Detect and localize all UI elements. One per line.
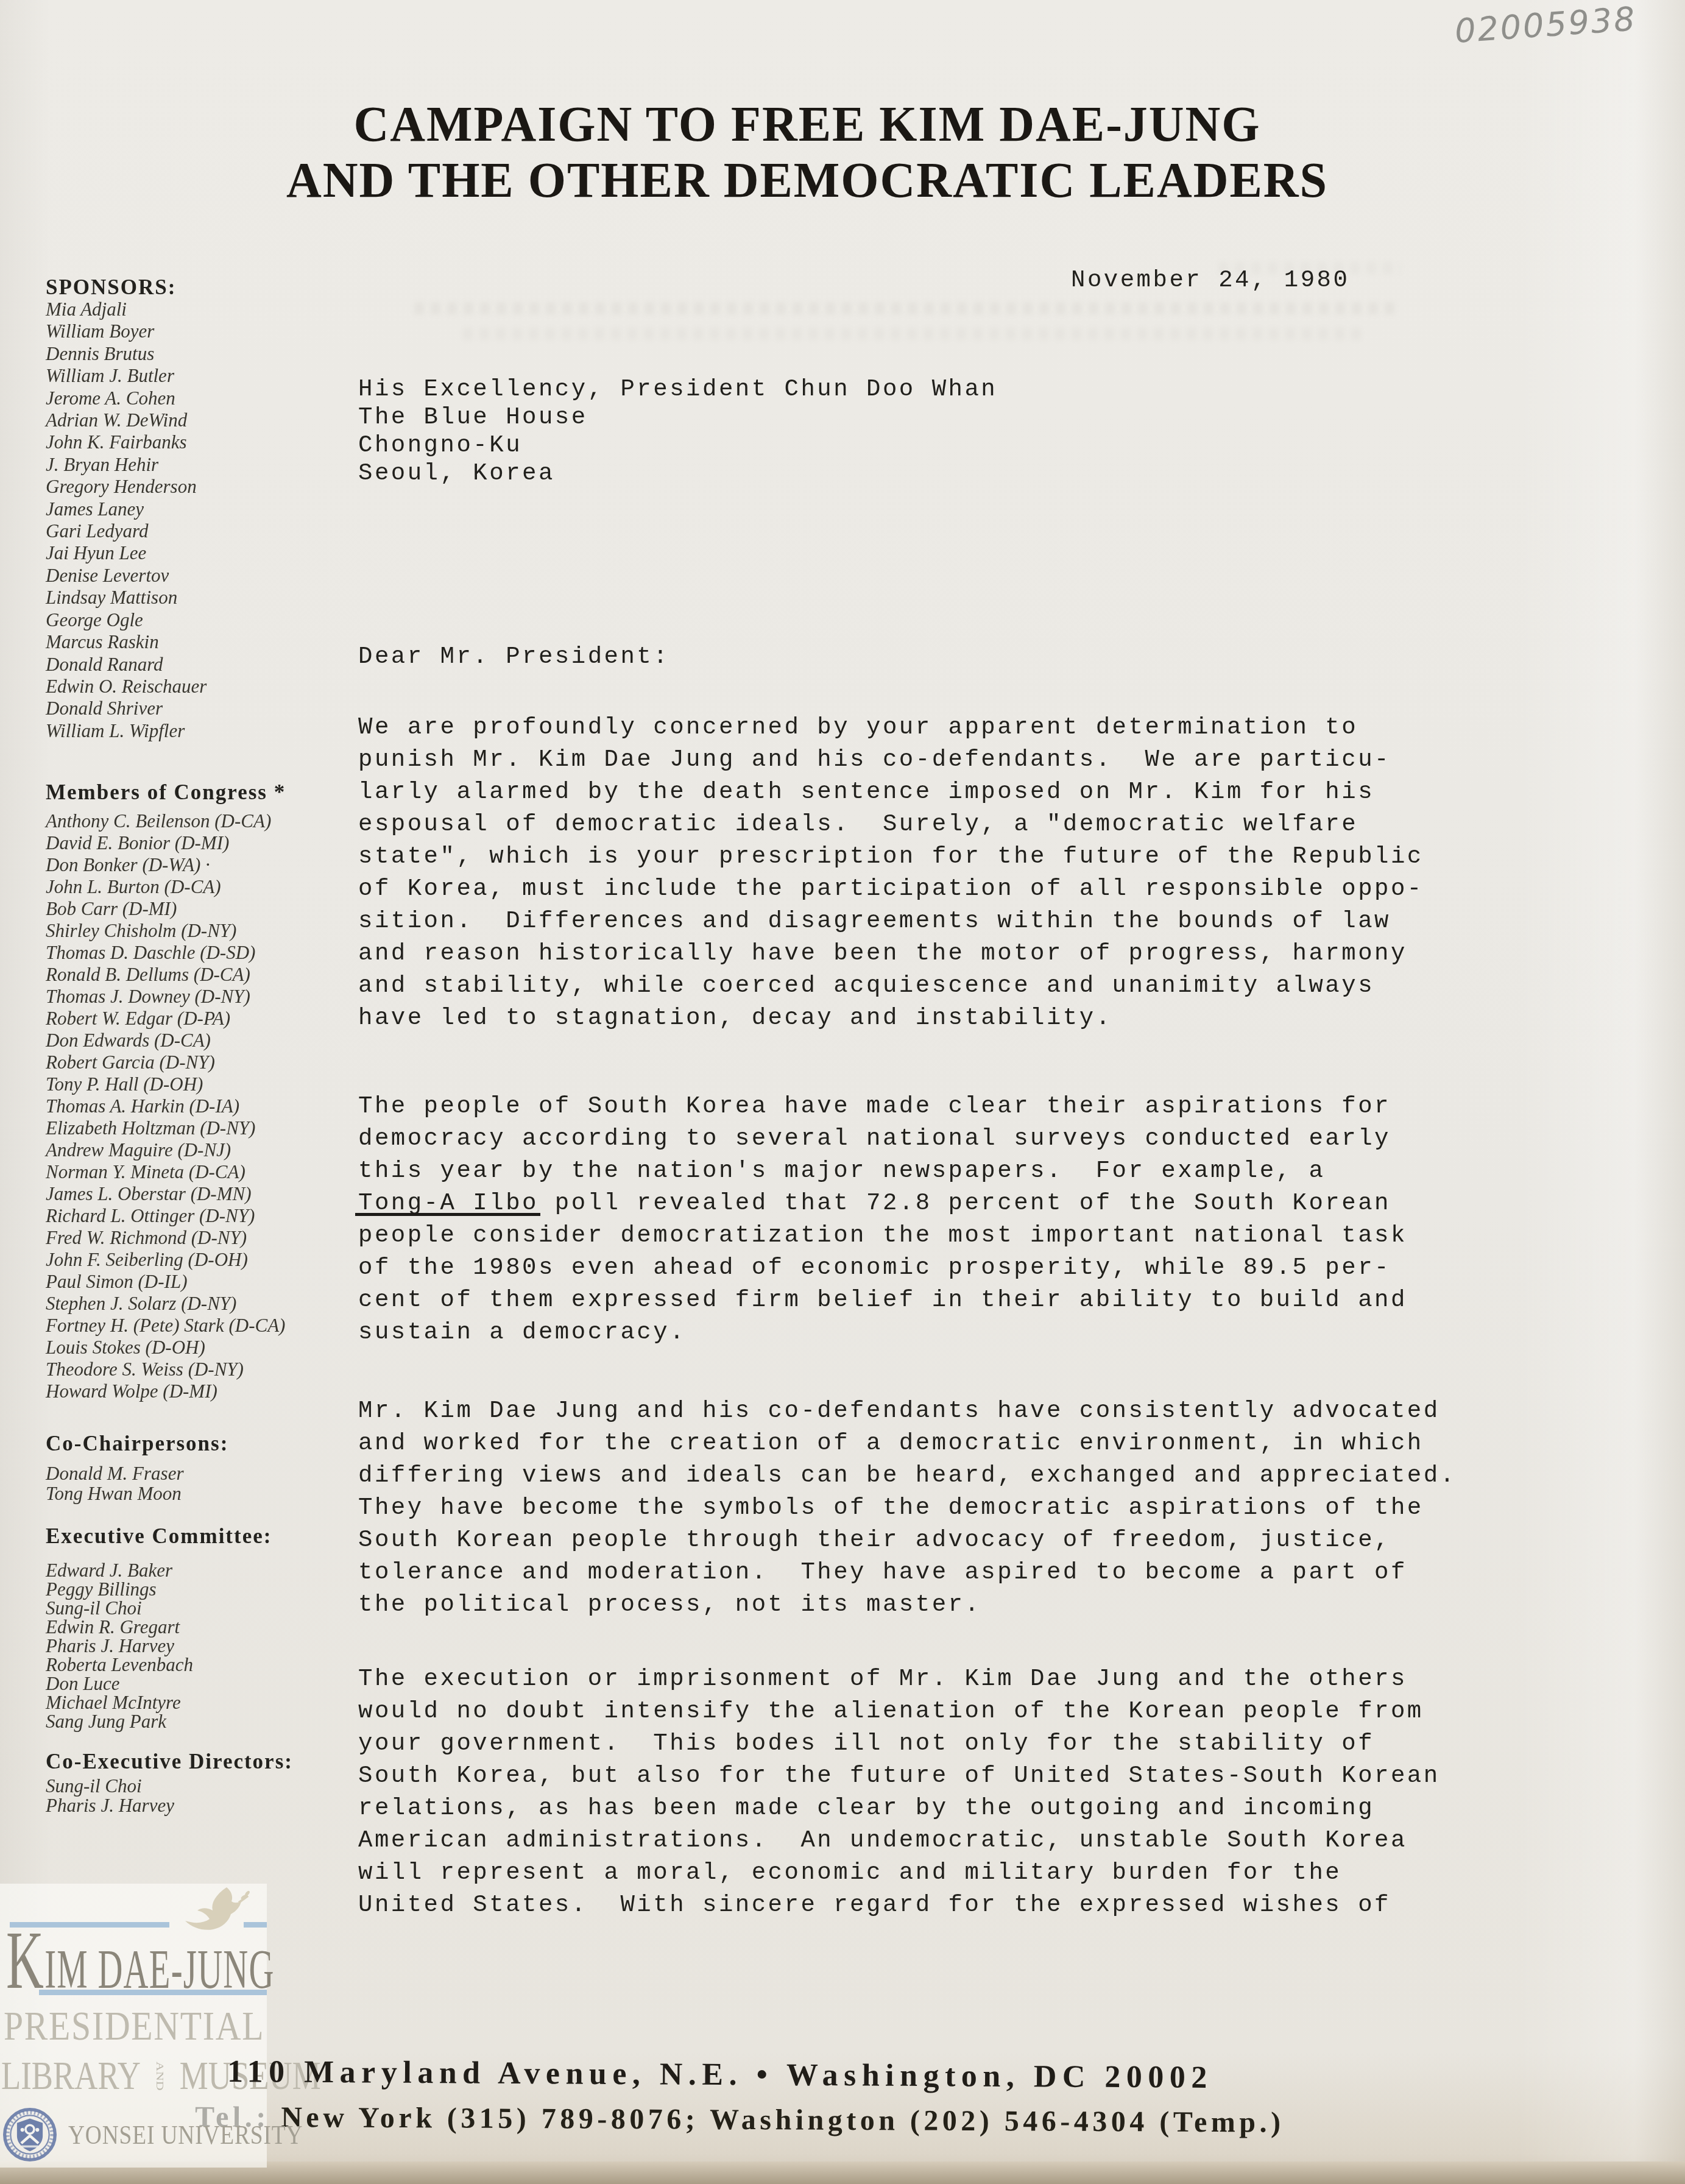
sponsor-name: Jai Hyun Lee	[46, 542, 350, 564]
typed-line: people consider democratization the most…	[358, 1220, 1407, 1252]
executive-committee-member: Sang Jung Park	[46, 1712, 350, 1731]
recipient-address-line: Seoul, Korea	[358, 459, 997, 487]
paragraph-2: The people of South Korea have made clea…	[358, 1090, 1407, 1349]
typed-line: relations, as has been made clear by the…	[358, 1792, 1440, 1825]
executive-committee-heading: Executive Committee:	[46, 1524, 350, 1549]
cochairpersons-list: Donald M. FraserTong Hwan Moon	[46, 1463, 350, 1504]
congress-member-name: Bob Carr (D-MI)	[46, 898, 350, 920]
dove-icon	[175, 1882, 250, 1942]
executive-committee-member: Edward J. Baker	[46, 1561, 350, 1580]
typed-line: and stability, while coerced acquiescenc…	[358, 970, 1424, 1002]
congress-member-name: Norman Y. Mineta (D-CA)	[46, 1161, 350, 1183]
typed-line: will represent a moral, economic and mil…	[358, 1857, 1440, 1889]
congress-member-name: Robert Garcia (D-NY)	[46, 1051, 350, 1073]
congress-member-name: James L. Oberstar (D-MN)	[46, 1183, 350, 1205]
congress-member-name: Paul Simon (D-IL)	[46, 1271, 350, 1293]
congress-member-name: Louis Stokes (D-OH)	[46, 1337, 350, 1359]
congress-member-name: Stephen J. Solarz (D-NY)	[46, 1293, 350, 1315]
sponsors-heading: SPONSORS:	[46, 275, 350, 300]
congress-member-name: Tony P. Hall (D-OH)	[46, 1073, 350, 1095]
watermark-library: LIBRARY	[1, 2054, 141, 2098]
typed-line: South Korea, but also for the future of …	[358, 1760, 1440, 1792]
tong-a-ilbo-underline	[355, 1213, 540, 1216]
co-executive-director-name: Pharis J. Harvey	[46, 1796, 350, 1815]
co-executive-director-name: Sung-il Choi	[46, 1776, 350, 1796]
paragraph-4: The execution or imprisonment of Mr. Kim…	[358, 1663, 1440, 1921]
sponsor-name: Mia Adjali	[46, 299, 350, 320]
typed-line: and worked for the creation of a democra…	[358, 1427, 1457, 1460]
typed-line: would no doubt intensify the alienation …	[358, 1695, 1440, 1728]
sponsor-name: Marcus Raskin	[46, 631, 350, 653]
congress-member-name: Thomas D. Daschle (D-SD)	[46, 942, 350, 964]
congress-member-name: David E. Bonior (D-MI)	[46, 832, 350, 854]
executive-committee-member: Pharis J. Harvey	[46, 1636, 350, 1655]
congress-member-name: John F. Seiberling (D-OH)	[46, 1249, 350, 1271]
typed-line: have led to stagnation, decay and instab…	[358, 1002, 1424, 1034]
co-executive-directors-heading: Co-Executive Directors:	[46, 1750, 350, 1774]
watermark-presidential: PRESIDENTIAL	[4, 2003, 264, 2048]
recipient-address-line: Chongno-Ku	[358, 431, 997, 459]
sponsor-name: George Ogle	[46, 609, 350, 631]
congress-member-name: Andrew Maguire (D-NJ)	[46, 1139, 350, 1161]
typed-line: United States. With sincere regard for t…	[358, 1889, 1440, 1921]
yonsei-university-seal-icon	[3, 2108, 57, 2161]
sponsor-name: Adrian W. DeWind	[46, 409, 350, 431]
letterhead: CAMPAIGN TO FREE KIM DAE-JUNG AND THE OT…	[201, 96, 1413, 208]
typed-line: American administrations. An undemocrati…	[358, 1825, 1440, 1857]
typed-line: punish Mr. Kim Dae Jung and his co-defen…	[358, 744, 1424, 776]
executive-committee-member: Roberta Levenbach	[46, 1655, 350, 1674]
sponsor-name: James Laney	[46, 498, 350, 520]
typed-line: your government. This bodes ill not only…	[358, 1728, 1440, 1760]
typed-line: of Korea, must include the participation…	[358, 873, 1424, 905]
sponsor-name: William L. Wipfler	[46, 720, 350, 742]
sponsor-name: William J. Butler	[46, 365, 350, 387]
letterhead-title-line2: AND THE OTHER DEMOCRATIC LEADERS	[201, 152, 1413, 209]
cochairperson-name: Tong Hwan Moon	[46, 1483, 350, 1504]
congress-member-name: Ronald B. Dellums (D-CA)	[46, 964, 350, 986]
salutation: Dear Mr. President:	[358, 643, 669, 670]
watermark-and: AND	[143, 2062, 178, 2091]
sponsor-name: J. Bryan Hehir	[46, 454, 350, 476]
congress-member-name: Fortney H. (Pete) Stark (D-CA)	[46, 1315, 350, 1337]
typed-line: tolerance and moderation. They have aspi…	[358, 1557, 1457, 1589]
executive-committee-member: Michael McIntyre	[46, 1693, 350, 1712]
congress-member-name: Fred W. Richmond (D-NY)	[46, 1227, 350, 1249]
sponsor-name: William Boyer	[46, 320, 350, 342]
sponsor-name: Lindsay Mattison	[46, 587, 350, 609]
typed-line: and reason historically have been the mo…	[358, 938, 1424, 970]
sponsor-name: Gregory Henderson	[46, 476, 350, 498]
typed-line: larly alarmed by the death sentence impo…	[358, 776, 1424, 808]
bleed-through-texture	[463, 328, 1365, 340]
sponsor-name: Dennis Brutus	[46, 343, 350, 365]
congress-member-name: Thomas J. Downey (D-NY)	[46, 986, 350, 1008]
congress-member-name: Elizabeth Holtzman (D-NY)	[46, 1117, 350, 1139]
watermark-underline-rule	[39, 1990, 267, 1995]
congress-member-name: Don Edwards (D-CA)	[46, 1030, 350, 1051]
letter-date: November 24, 1980	[1071, 267, 1349, 294]
congress-member-name: Don Bonker (D-WA) ·	[46, 854, 350, 876]
congress-member-name: Thomas A. Harkin (D-IA)	[46, 1095, 350, 1117]
recipient-address: His Excellency, President Chun Doo WhanT…	[358, 375, 997, 487]
typed-line: The execution or imprisonment of Mr. Kim…	[358, 1663, 1440, 1695]
footer-address-line: 110 Maryland Avenue, N.E. • Washington, …	[227, 2054, 1213, 2096]
sponsor-name: Gari Ledyard	[46, 520, 350, 542]
sponsor-name: Donald Ranard	[46, 654, 350, 676]
sponsor-name: Donald Shriver	[46, 698, 350, 719]
executive-committee-member: Sung-il Choi	[46, 1599, 350, 1617]
congress-member-name: Anthony C. Beilenson (D-CA)	[46, 810, 350, 832]
congress-member-name: Howard Wolpe (D-MI)	[46, 1380, 350, 1402]
typed-line: state", which is your prescription for t…	[358, 841, 1424, 873]
handwritten-archive-number: 02005938	[1454, 0, 1638, 51]
typed-line: this year by the nation's major newspape…	[358, 1155, 1407, 1187]
typed-line: espousal of democratic ideals. Surely, a…	[358, 808, 1424, 841]
executive-committee-member: Edwin R. Gregart	[46, 1617, 350, 1636]
executive-committee-list: Edward J. BakerPeggy BillingsSung-il Cho…	[46, 1561, 350, 1731]
recipient-address-line: His Excellency, President Chun Doo Whan	[358, 375, 997, 403]
recipient-address-line: The Blue House	[358, 403, 997, 431]
cochairpersons-heading: Co-Chairpersons:	[46, 1432, 350, 1456]
watermark-yonsei-university: YONSEI UNIVERSITY	[68, 2120, 303, 2150]
letterhead-title-line1: CAMPAIGN TO FREE KIM DAE-JUNG	[201, 96, 1413, 153]
sponsor-name: Edwin O. Reischauer	[46, 676, 350, 698]
typed-line: sustain a democracy.	[358, 1316, 1407, 1349]
footer-phone-line: Tel.: New York (315) 789-8076; Washingto…	[195, 2100, 1285, 2139]
typed-line: the political process, not its master.	[358, 1589, 1457, 1621]
congress-member-name: Robert W. Edgar (D-PA)	[46, 1008, 350, 1030]
co-executive-directors-list: Sung-il ChoiPharis J. Harvey	[46, 1776, 350, 1815]
bleed-through-texture	[414, 302, 1401, 314]
congress-member-name: Theodore S. Weiss (D-NY)	[46, 1359, 350, 1380]
sponsor-name: John K. Fairbanks	[46, 431, 350, 453]
typed-line: sition. Differences and disagreements wi…	[358, 905, 1424, 938]
typed-line: democracy according to several national …	[358, 1123, 1407, 1155]
typed-line: Mr. Kim Dae Jung and his co-defendants h…	[358, 1395, 1457, 1427]
congress-member-name: John L. Burton (D-CA)	[46, 876, 350, 898]
cochairperson-name: Donald M. Fraser	[46, 1463, 350, 1483]
typed-line: South Korean people through their advoca…	[358, 1524, 1457, 1557]
typed-line: differing views and ideals can be heard,…	[358, 1460, 1457, 1492]
sponsors-list: Mia AdjaliWilliam BoyerDennis BrutusWill…	[46, 299, 350, 742]
executive-committee-member: Don Luce	[46, 1674, 350, 1693]
typed-line: cent of them expressed firm belief in th…	[358, 1284, 1407, 1316]
congress-member-name: Richard L. Ottinger (D-NY)	[46, 1205, 350, 1227]
congress-member-name: Shirley Chisholm (D-NY)	[46, 920, 350, 942]
congress-heading: Members of Congress *	[46, 780, 350, 805]
typed-line: The people of South Korea have made clea…	[358, 1090, 1407, 1123]
paragraph-3: Mr. Kim Dae Jung and his co-defendants h…	[358, 1395, 1457, 1621]
scanned-letter-page: 02005938 CAMPAIGN TO FREE KIM DAE-JUNG A…	[0, 0, 1685, 2184]
executive-committee-member: Peggy Billings	[46, 1580, 350, 1599]
sponsor-name: Jerome A. Cohen	[46, 387, 350, 409]
typed-line: We are profoundly concerned by your appa…	[358, 712, 1424, 744]
typed-line: of the 1980s even ahead of economic pros…	[358, 1252, 1407, 1284]
sponsor-name: Denise Levertov	[46, 565, 350, 587]
paragraph-1: We are profoundly concerned by your appa…	[358, 712, 1424, 1034]
typed-line: They have become the symbols of the demo…	[358, 1492, 1457, 1524]
congress-list: Anthony C. Beilenson (D-CA)David E. Boni…	[46, 810, 350, 1402]
